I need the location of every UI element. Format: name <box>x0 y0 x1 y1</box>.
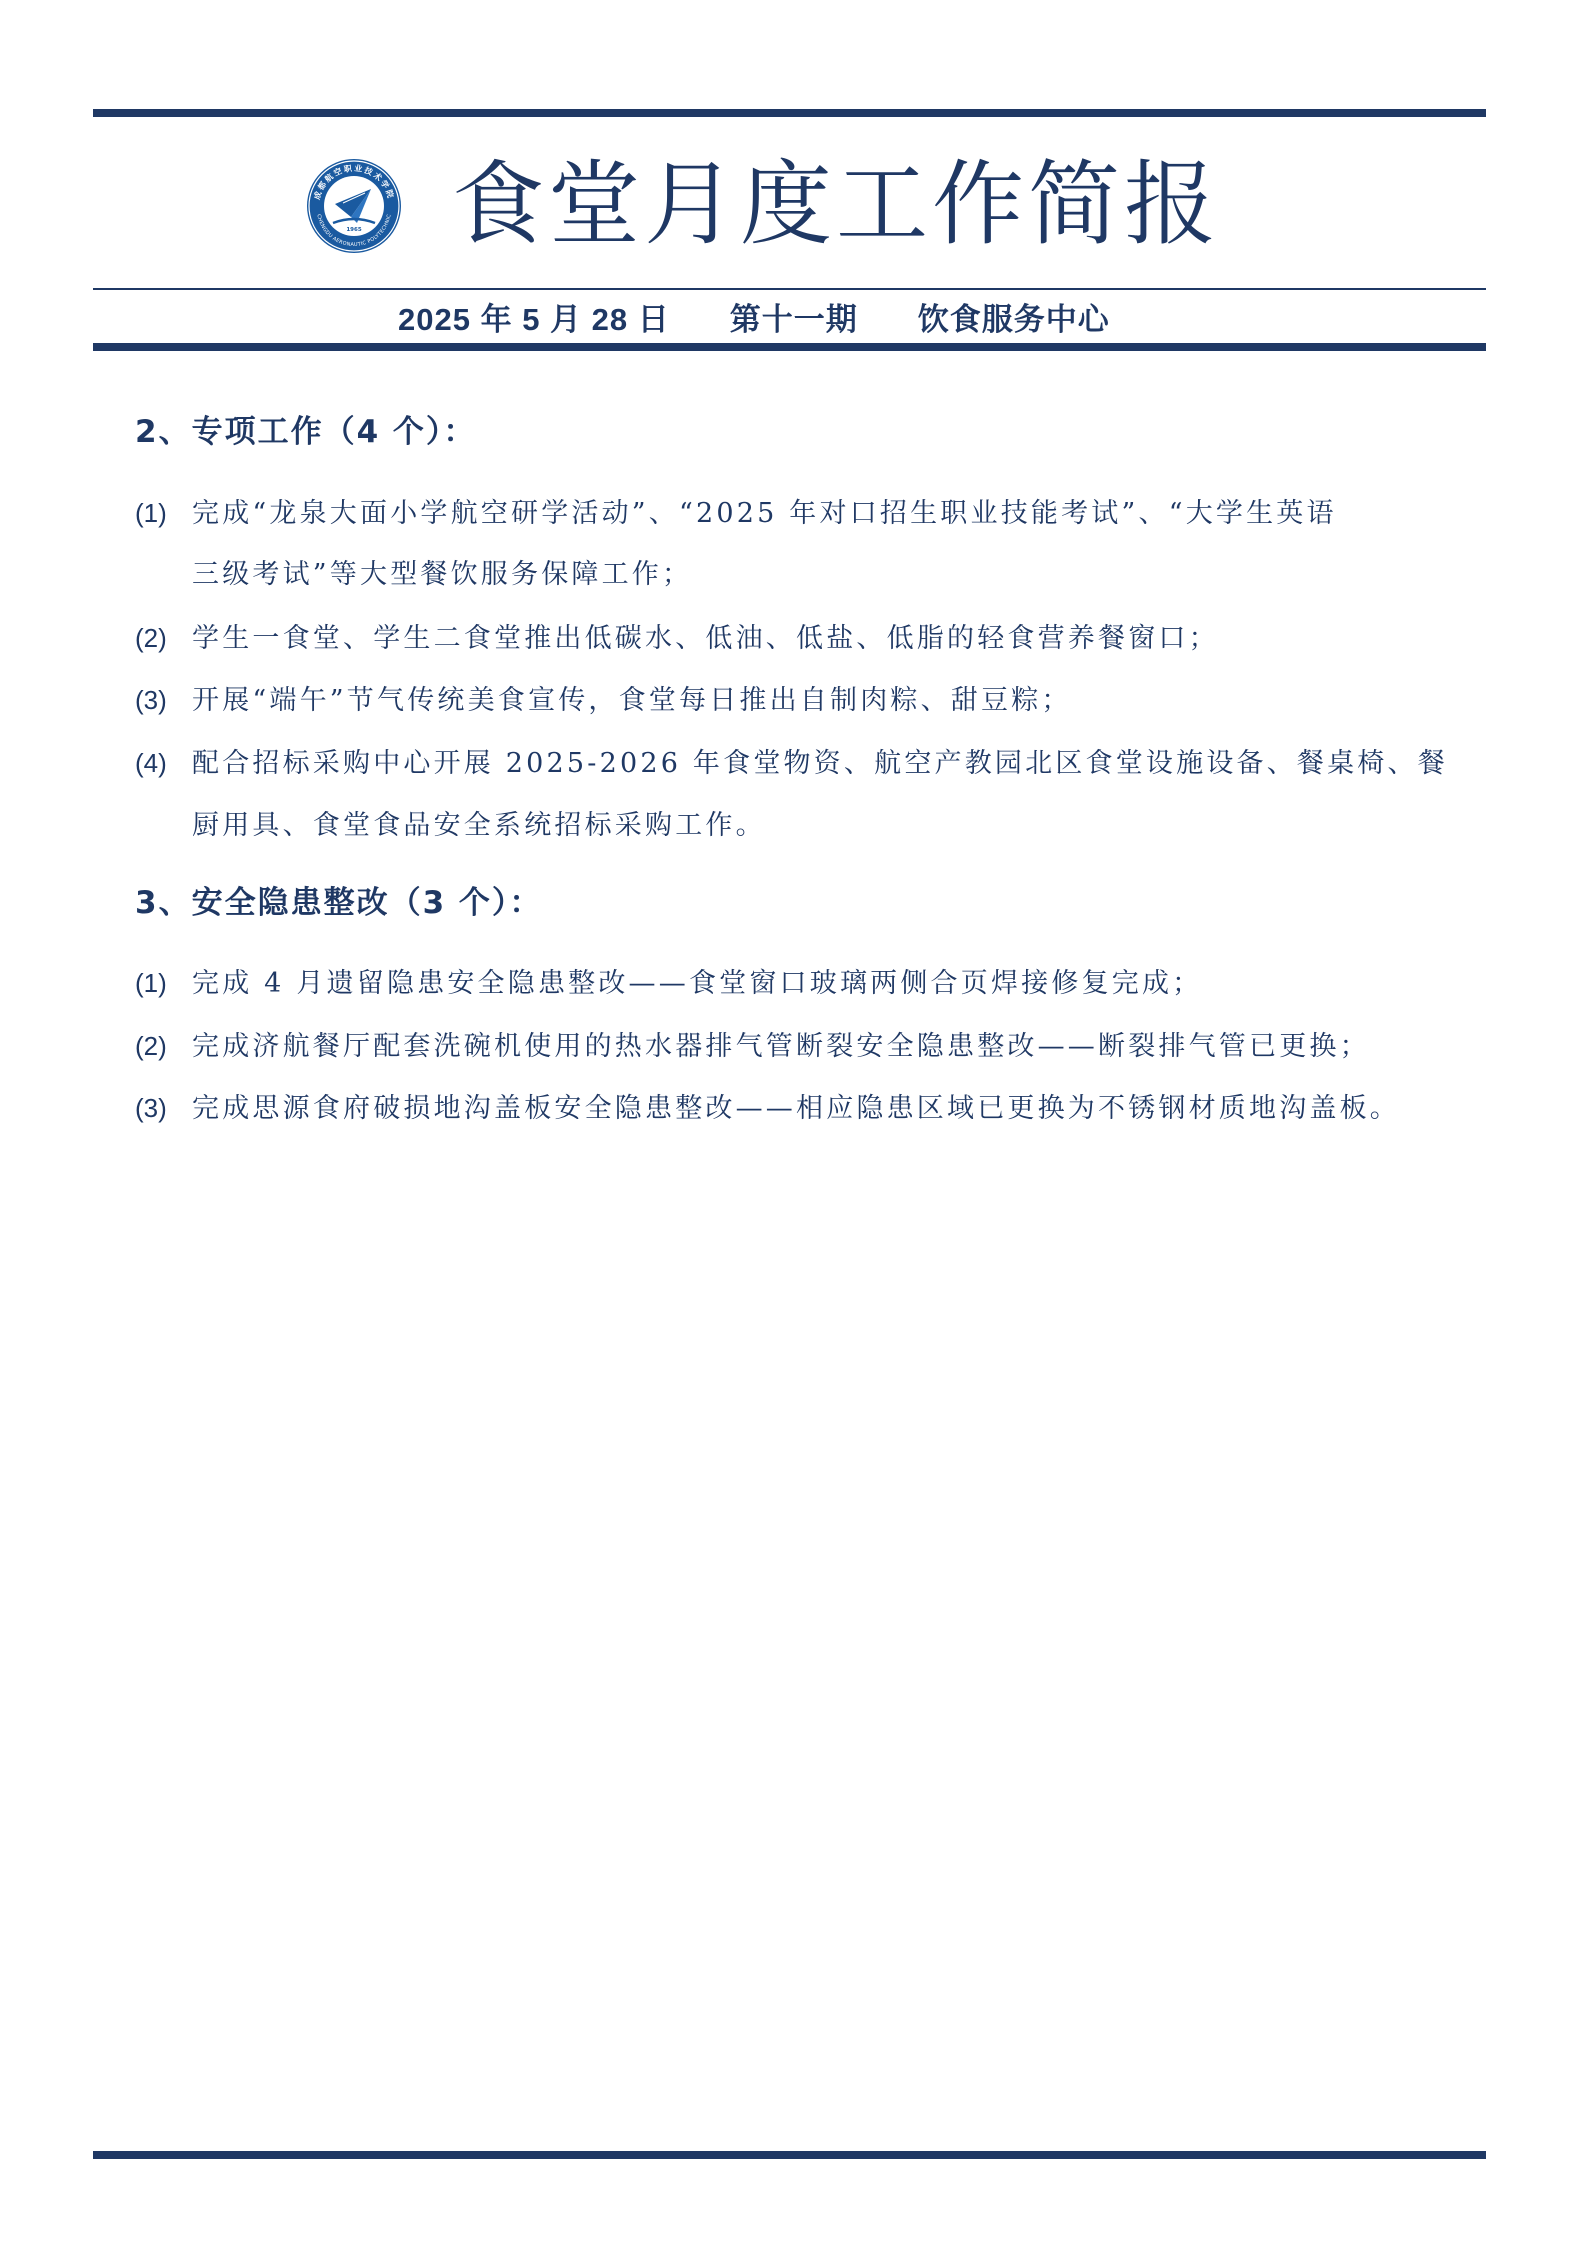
list-item: (1)完成 4 月遗留隐患安全隐患整改——食堂窗口玻璃两侧合页焊接修复完成； <box>135 963 1202 1004</box>
item-text: 完成“龙泉大面小学航空研学活动”、“2025 年对口招生职业技能考试”、“大学生… <box>192 498 1337 529</box>
list-item: (1)完成“龙泉大面小学航空研学活动”、“2025 年对口招生职业技能考试”、“… <box>135 493 1337 534</box>
school-logo: 成都航空职业技术学院 CHENGDU AERONAUTIC POLYTECHNI… <box>305 157 403 255</box>
item-text: 配合招标采购中心开展 2025-2026 年食堂物资、航空产教园北区食堂设施设备… <box>192 748 1448 779</box>
issue-number: 第十一期 <box>730 298 858 342</box>
school-emblem-icon: 成都航空职业技术学院 CHENGDU AERONAUTIC POLYTECHNI… <box>305 157 403 255</box>
item-marker: (2) <box>135 1026 192 1066</box>
list-item-continuation: 厨用具、食堂食品安全系统招标采购工作。 <box>192 806 766 846</box>
item-text: 完成济航餐厅配套洗碗机使用的热水器排气管断裂安全隐患整改——断裂排气管已更换； <box>192 1031 1370 1062</box>
list-item-continuation: 三级考试”等大型餐饮服务保障工作； <box>192 555 692 595</box>
page-title: 食堂月度工作简报 <box>452 150 1220 260</box>
item-text: 完成思源食府破损地沟盖板安全隐患整改——相应隐患区域已更换为不锈钢材质地沟盖板。 <box>192 1093 1400 1124</box>
section-heading-special-work: 2、专项工作（4 个）： <box>135 412 476 452</box>
section-heading-safety-rectification: 3、安全隐患整改（3 个）： <box>135 883 542 923</box>
department-name: 饮食服务中心 <box>918 298 1110 342</box>
item-marker: (4) <box>135 743 192 783</box>
list-item: (3)完成思源食府破损地沟盖板安全隐患整改——相应隐患区域已更换为不锈钢材质地沟… <box>135 1088 1400 1129</box>
item-marker: (3) <box>135 1088 192 1128</box>
issue-info-line: 2025 年 5 月 28 日第十一期饮食服务中心 <box>398 298 1110 342</box>
list-item: (4)配合招标采购中心开展 2025-2026 年食堂物资、航空产教园北区食堂设… <box>135 743 1448 784</box>
item-text: 开展“端午”节气传统美食宣传，食堂每日推出自制肉粽、甜豆粽； <box>192 685 1072 716</box>
item-marker: (1) <box>135 493 192 533</box>
item-text: 学生一食堂、学生二食堂推出低碳水、低油、低盐、低脂的轻食营养餐窗口； <box>192 623 1219 654</box>
item-marker: (1) <box>135 963 192 1003</box>
item-marker: (3) <box>135 680 192 720</box>
list-item: (2)完成济航餐厅配套洗碗机使用的热水器排气管断裂安全隐患整改——断裂排气管已更… <box>135 1026 1370 1067</box>
issue-date: 2025 年 5 月 28 日 <box>398 298 670 342</box>
list-item: (3)开展“端午”节气传统美食宣传，食堂每日推出自制肉粽、甜豆粽； <box>135 680 1072 721</box>
svg-text:1965: 1965 <box>346 227 361 233</box>
item-text: 完成 4 月遗留隐患安全隐患整改——食堂窗口玻璃两侧合页焊接修复完成； <box>192 968 1202 999</box>
header-top-rule <box>93 109 1486 117</box>
footer-rule <box>93 2151 1486 2159</box>
item-marker: (2) <box>135 618 192 658</box>
header-bottom-rule <box>93 343 1486 351</box>
list-item: (2)学生一食堂、学生二食堂推出低碳水、低油、低盐、低脂的轻食营养餐窗口； <box>135 618 1219 659</box>
header-middle-rule <box>93 288 1486 290</box>
